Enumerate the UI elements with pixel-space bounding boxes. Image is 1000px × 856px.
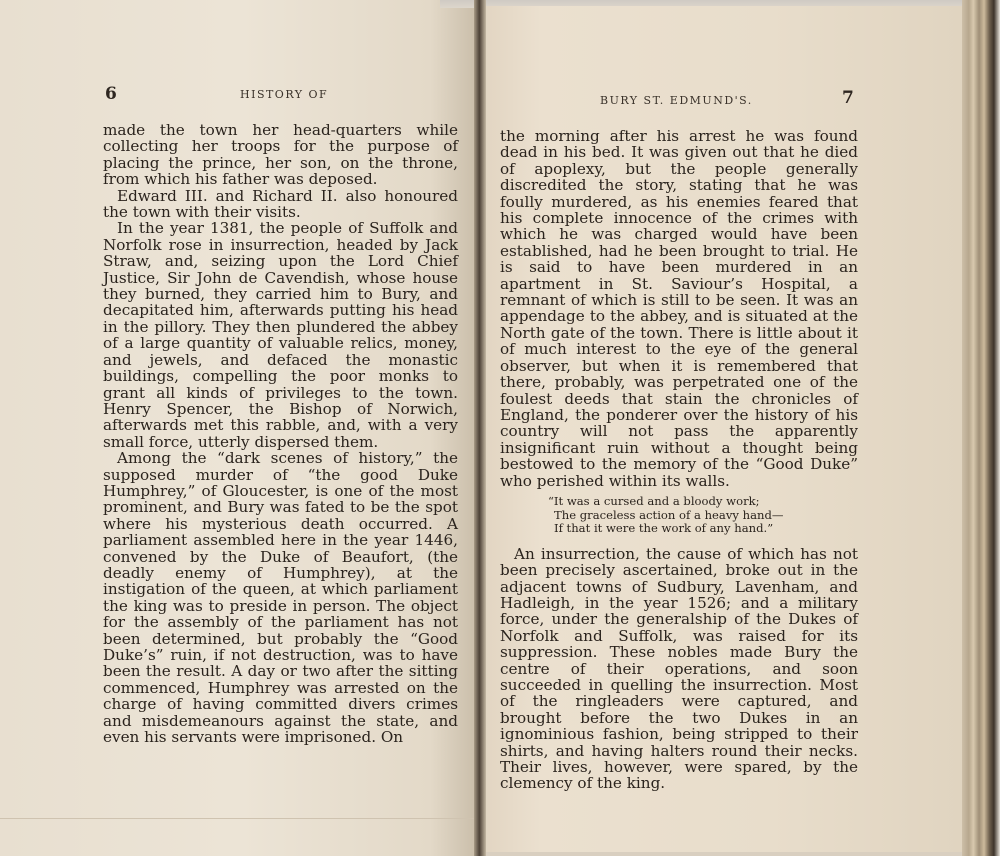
verse-line-2: The graceless action of a heavy hand— (500, 509, 858, 523)
right-page-number: 7 (842, 88, 854, 108)
left-paragraph-1: made the town her head-quarters while co… (103, 122, 458, 188)
right-paragraph-2: An insurrection, the cause of which has … (500, 546, 858, 792)
right-paragraph-1: the morning after his arrest he was foun… (500, 128, 858, 489)
left-page-text: made the town her head-quarters while co… (103, 122, 458, 745)
left-paragraph-3: In the year 1381, the people of Suffolk … (103, 220, 458, 450)
verse-line-1: “It was a cursed and a bloody work; (500, 495, 858, 509)
left-paragraph-4: Among the “dark scenes of history,” the … (103, 450, 458, 745)
right-page-text: the morning after his arrest he was foun… (500, 128, 858, 792)
book-spread: 6 HISTORY OF made the town her head-quar… (0, 0, 1000, 856)
left-paragraph-2: Edward III. and Richard II. also honoure… (103, 188, 458, 221)
left-page-number: 6 (105, 84, 117, 104)
book-gutter (474, 0, 486, 856)
page-crease (0, 818, 478, 819)
verse-line-3: If that it were the work of any hand.” (500, 522, 858, 536)
right-running-head: BURY ST. EDMUND'S. (600, 94, 753, 107)
verse-quotation: “It was a cursed and a bloody work; The … (500, 495, 858, 536)
page-block-edges (962, 0, 1000, 856)
left-running-head: HISTORY OF (240, 88, 328, 101)
